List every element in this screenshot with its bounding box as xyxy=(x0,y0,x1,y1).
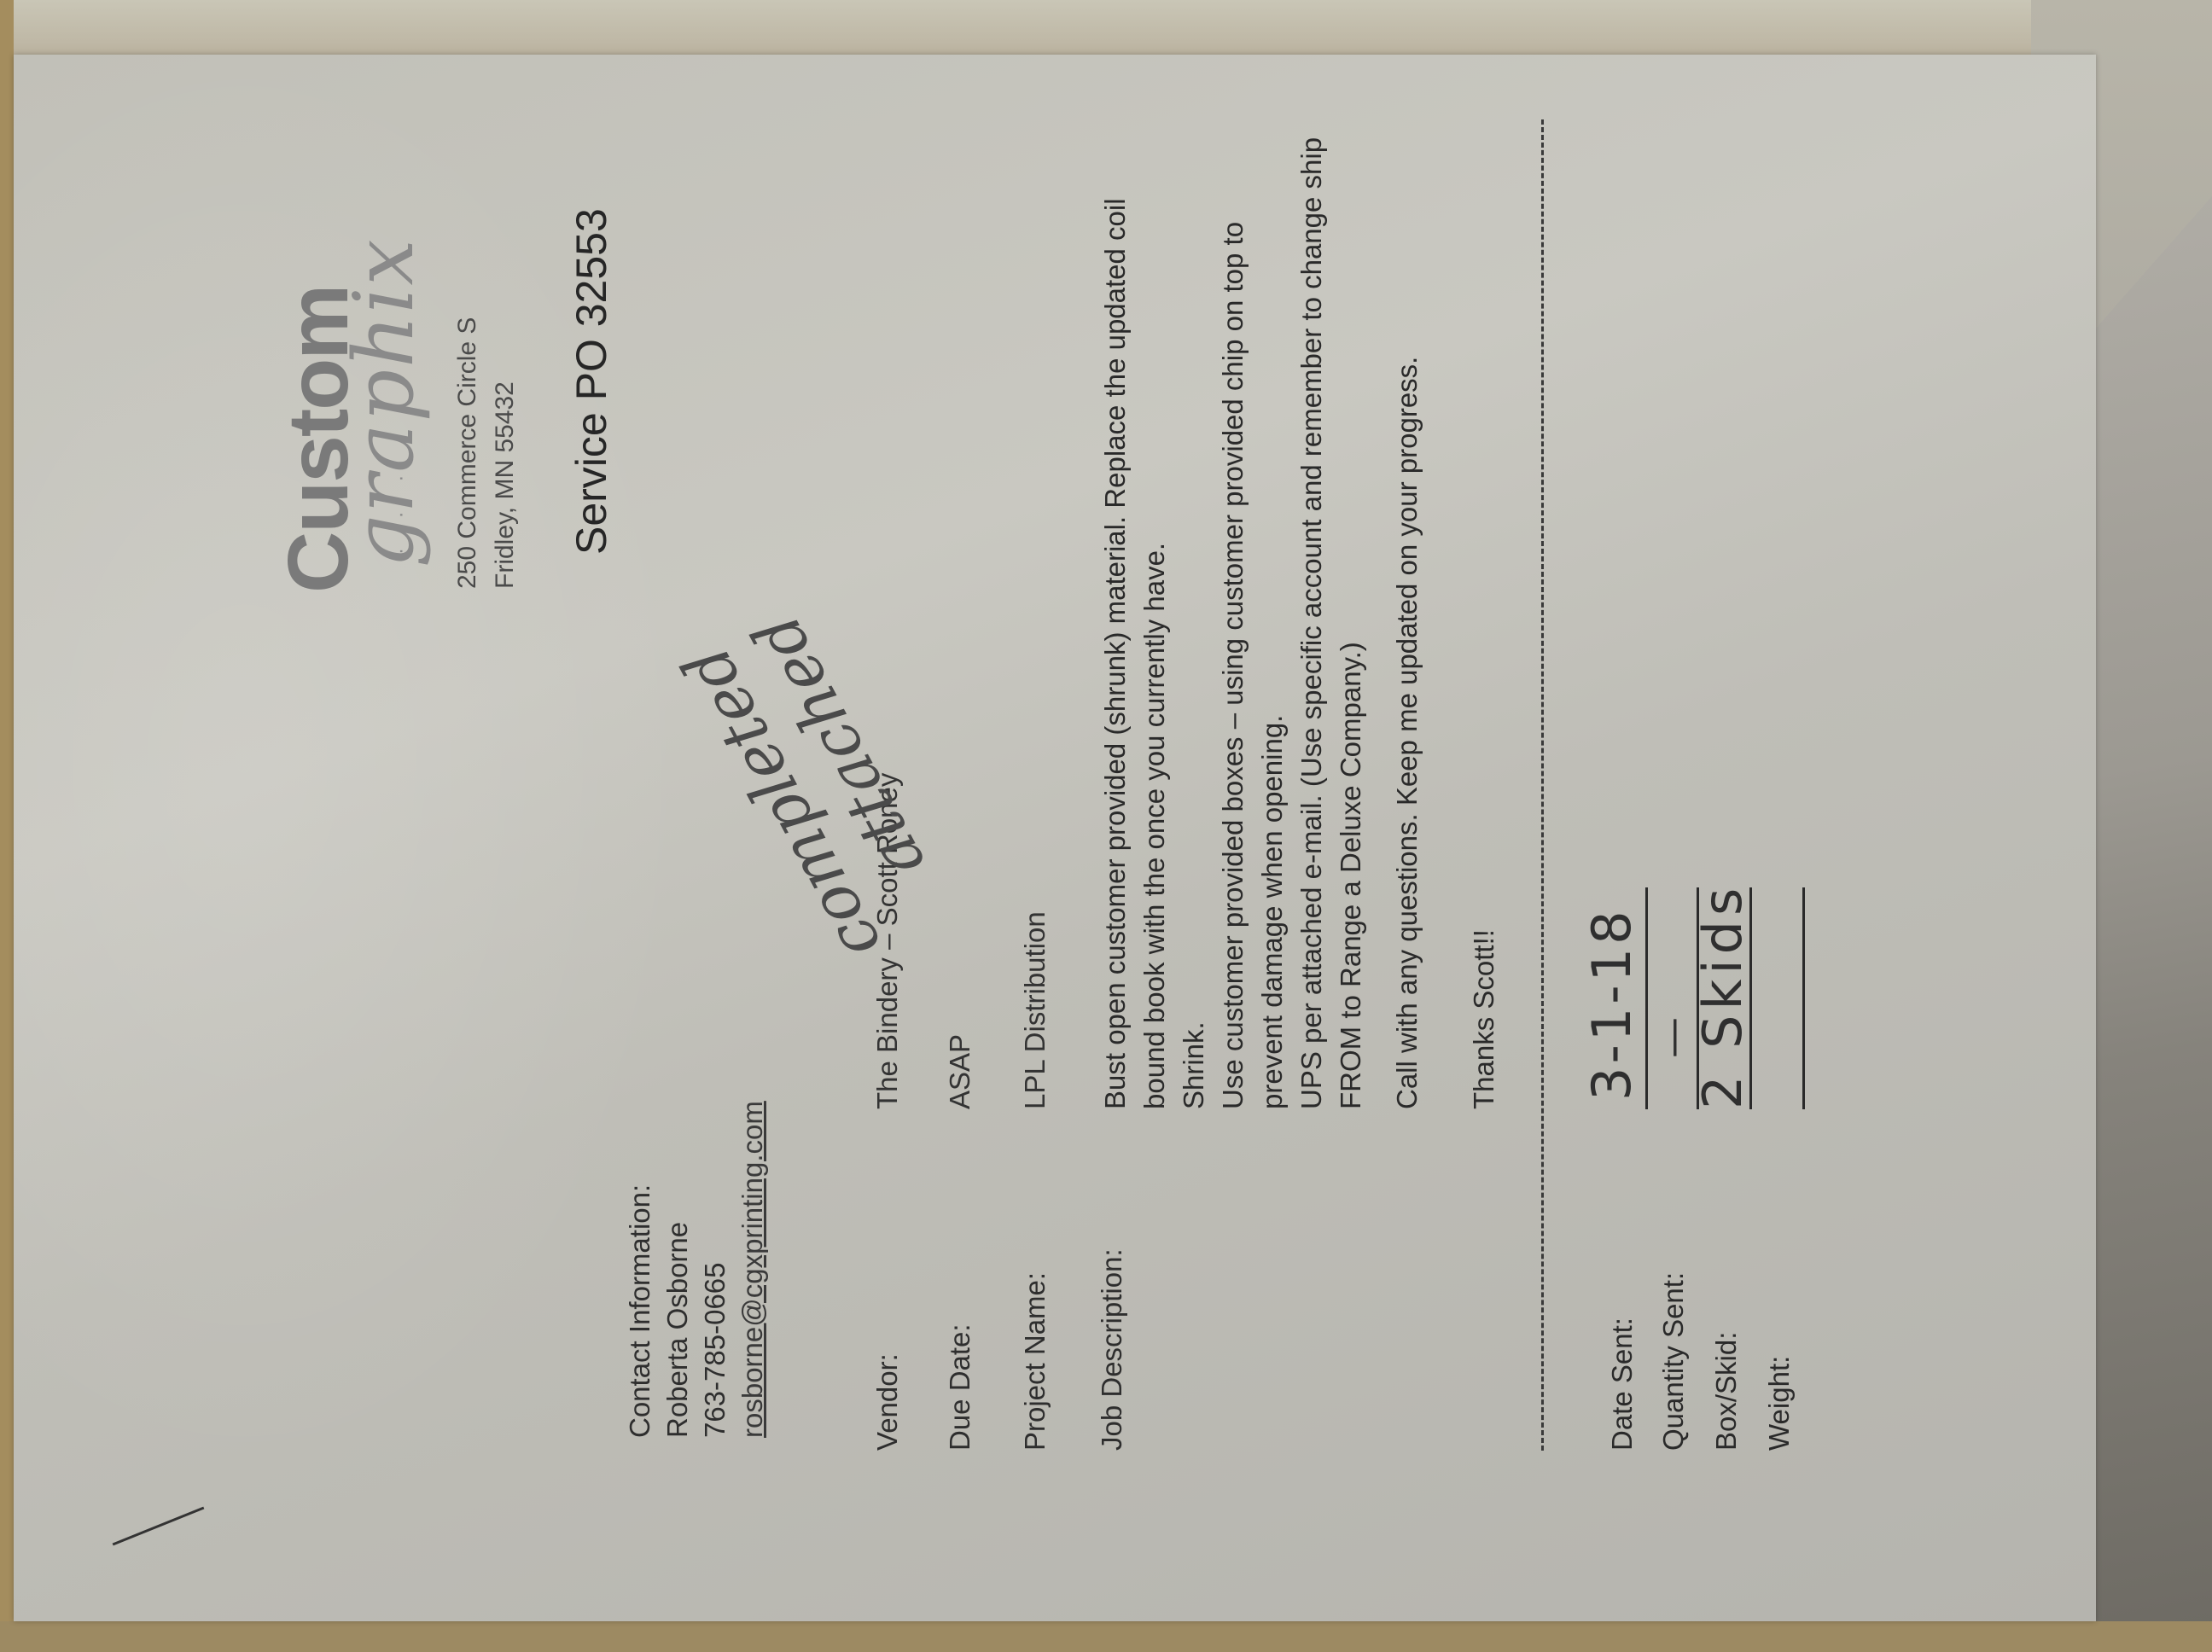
contact-block: Contact Information: Roberta Osborne 763… xyxy=(621,1101,771,1438)
date-sent-label: Date Sent: xyxy=(1606,1318,1639,1451)
date-sent-value[interactable]: 3-1-18 xyxy=(1580,907,1643,1101)
date-sent-line xyxy=(1645,887,1648,1109)
document-title: Service PO 32553 xyxy=(567,208,616,555)
service-po-document: Custom graphix · · · 250 Commerce Circle… xyxy=(14,55,2096,1621)
vendor-label: Vendor: xyxy=(871,1353,904,1451)
quantity-sent-value[interactable]: — xyxy=(1649,1017,1697,1058)
quantity-sent-label: Quantity Sent: xyxy=(1657,1272,1690,1451)
contact-email-link[interactable]: rosborne@cgxprinting.com xyxy=(734,1101,771,1438)
handwritten-completed-note: completed attached xyxy=(667,597,964,973)
job-line: prevent damage when opening. xyxy=(1253,137,1292,1109)
job-description-text: Bust open customer provided (shrunk) mat… xyxy=(1096,137,1371,1109)
address-line-1: 250 Commerce Circle S xyxy=(449,317,486,589)
company-address: 250 Commerce Circle S Fridley, MN 55432 xyxy=(449,317,524,589)
box-skid-value[interactable]: 2 Skids xyxy=(1691,883,1754,1109)
contact-name: Roberta Osborne xyxy=(659,1101,696,1438)
thanks-note: Thanks Scott!! xyxy=(1468,929,1500,1109)
job-line: Shrink. xyxy=(1174,137,1214,1109)
weight-label: Weight: xyxy=(1763,1356,1796,1451)
project-name-value: LPL Distribution xyxy=(1019,911,1051,1109)
call-note: Call with any questions. Keep me updated… xyxy=(1391,357,1423,1109)
weight-line xyxy=(1802,887,1805,1109)
job-line: Bust open customer provided (shrunk) mat… xyxy=(1096,137,1135,1109)
background-cardboard-bottom xyxy=(0,1621,2212,1652)
contact-phone: 763-785-0665 xyxy=(696,1101,734,1438)
company-logo-dots: · · · xyxy=(389,463,413,555)
background-cardboard-left xyxy=(0,0,14,1652)
contact-heading: Contact Information: xyxy=(621,1101,659,1438)
background-surface-top xyxy=(0,0,2212,60)
project-name-label: Project Name: xyxy=(1019,1272,1051,1451)
job-line: Use customer provided boxes – using cust… xyxy=(1214,137,1253,1109)
box-skid-label: Box/Skid: xyxy=(1710,1332,1743,1451)
job-line: bound book with the once you currently h… xyxy=(1135,137,1174,1109)
job-line: FROM to Range a Deluxe Company.) xyxy=(1331,137,1371,1109)
address-line-2: Fridley, MN 55432 xyxy=(486,317,524,589)
pen-check-mark xyxy=(113,1507,205,1546)
company-logo-graphix: graphix xyxy=(336,237,432,567)
job-line: UPS per attached e-mail. (Use specific a… xyxy=(1292,137,1331,1109)
due-date-value: ASAP xyxy=(944,1034,976,1109)
dashed-divider xyxy=(1541,119,1544,1451)
due-date-label: Due Date: xyxy=(944,1323,976,1451)
job-description-label: Job Description: xyxy=(1096,1248,1128,1451)
